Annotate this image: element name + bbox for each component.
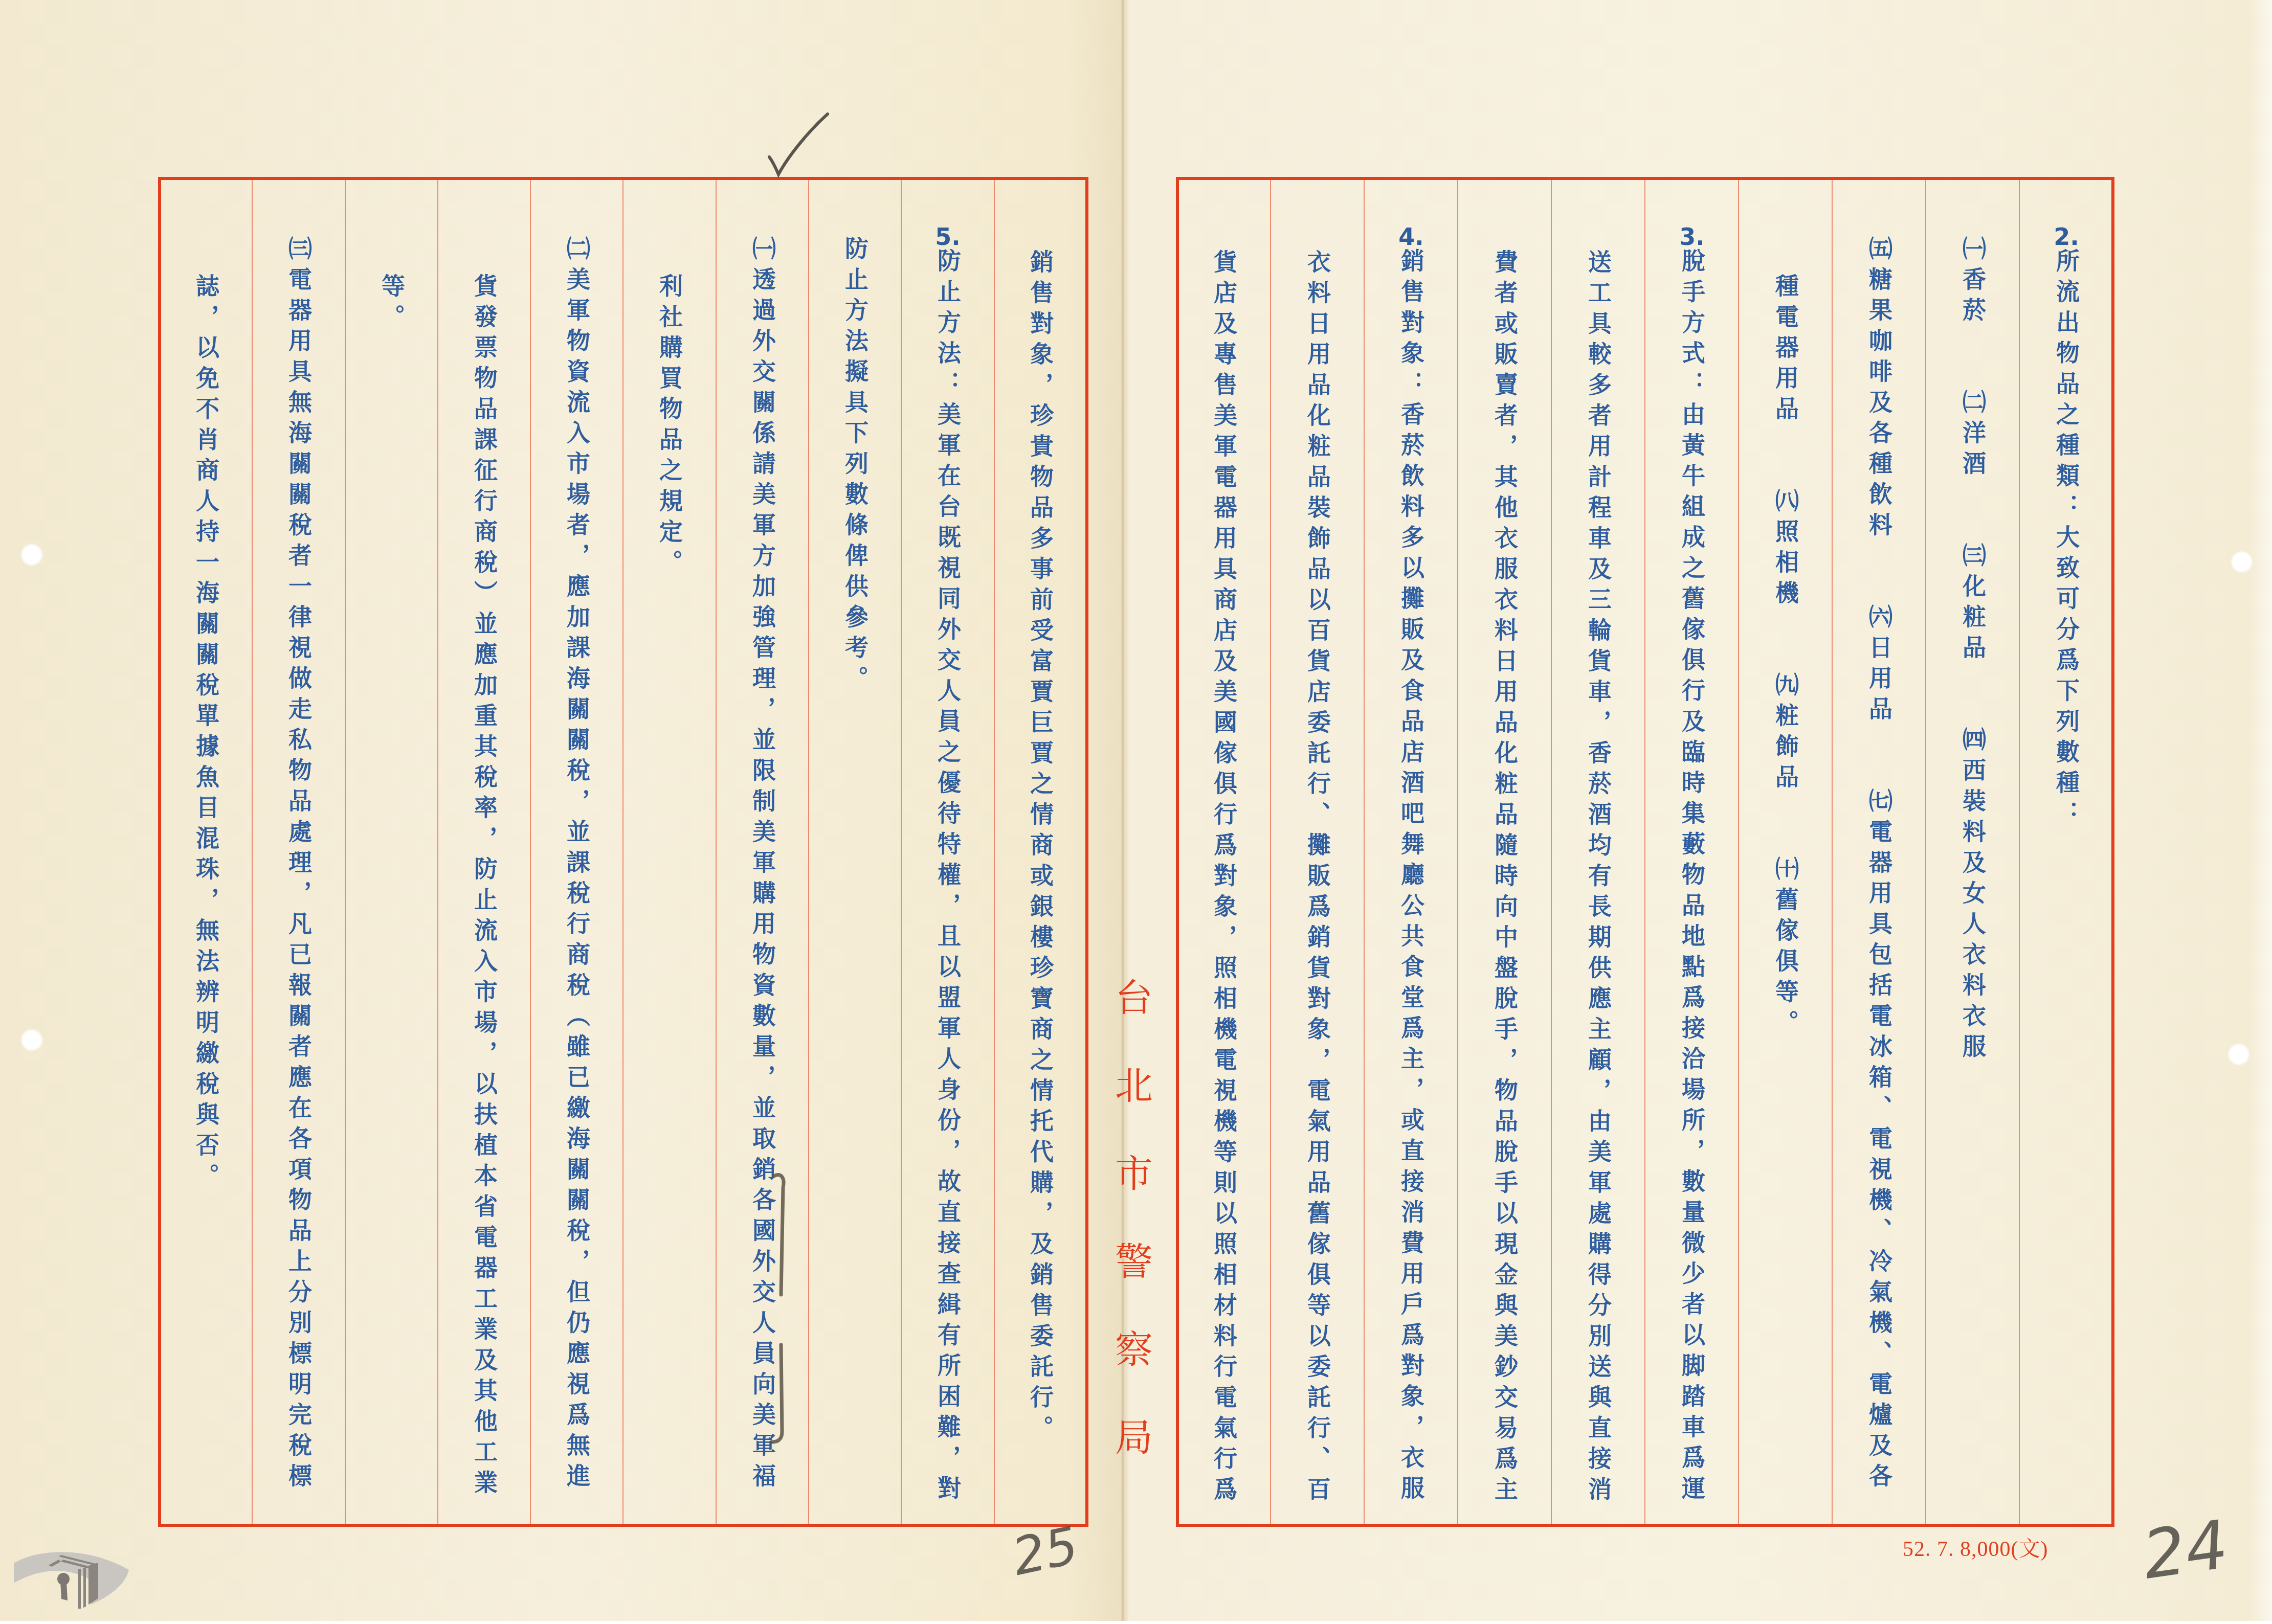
section-number: 4.: [1397, 225, 1425, 249]
column-text: 銷售對象：香菸飲料多以攤販及食品店酒吧舞廳公共食堂爲主，或直接消費用戶爲對象，衣…: [1397, 249, 1425, 1506]
scan-edge: [0, 1621, 2272, 1624]
column-divider: [1925, 180, 1926, 1524]
column-text: 銷售對象，珍貴物品多事前受富賈巨賈之情商或銀樓珍寶商之情托代購，及銷售委託行。: [1027, 250, 1054, 1446]
column-text: 誌，以免不肖商人持一海關關稅單據魚目混珠，無法辨明繳稅與否。: [192, 274, 220, 1194]
column-text: 費者或販賣者，其他衣服衣料日用品化粧品隨時向中盤脫手，物品脫手以現金與美鈔交易爲…: [1491, 250, 1519, 1507]
column-text: ㈤糖果咖啡及各種飲料 ㈥日用品 ㈦電器用具包括電冰箱、電視機、冷氣機、電爐及各: [1865, 236, 1893, 1494]
text-column: 利社購買物品之規定。: [658, 274, 681, 580]
column-divider: [901, 180, 902, 1524]
column-text: 等。: [378, 274, 406, 335]
column-divider: [530, 180, 531, 1524]
column-divider: [1457, 180, 1458, 1524]
column-text: 貨店及專售美軍電器用具商店及美國傢俱行爲對象，照相機電視機等則以照相材料行電氣行…: [1210, 250, 1238, 1507]
text-column: 費者或販賣者，其他衣服衣料日用品化粧品隨時向中盤脫手，物品脫手以現金與美鈔交易爲…: [1493, 250, 1517, 1507]
column-text: 防止方法擬具下列數條俾供參考。: [841, 236, 869, 696]
text-column-section-2: 2.所流出物品之種類：大致可分爲下列數種：: [2055, 225, 2078, 831]
column-divider: [1832, 180, 1833, 1524]
handwritten-page-number-left: 25: [1007, 1515, 1083, 1587]
text-column: 貨發票物品課征行商稅）並應加重其稅率，防止流入市場，以扶植本省電器工業及其他工業: [473, 274, 496, 1501]
column-divider: [2019, 180, 2020, 1524]
column-divider: [716, 180, 717, 1524]
column-text: 利社購買物品之規定。: [656, 274, 683, 580]
column-text: ㈢電器用具無海關關稅者一律視做走私物品處理，凡已報關者應在各項物品上分別標明完稅…: [285, 236, 313, 1494]
form-print-code: 52. 7. 8,000(文): [1903, 1532, 2048, 1563]
column-text: 送工具較多者用計程車及三輪貨車，香菸酒均有長期供應主顧，由美軍處購得分別送與直接…: [1585, 250, 1612, 1507]
column-text: ㈠香菸 ㈡洋酒 ㈢化粧品 ㈣西裝料及女人衣料衣服: [1959, 236, 1987, 1065]
text-column: 衣料日用品化粧品裝飾品以百貨店委託行、攤販爲銷貨對象，電氣用品舊傢俱等以委託行、…: [1306, 250, 1329, 1507]
pencil-checkmark-icon: [762, 110, 834, 182]
column-divider: [1364, 180, 1365, 1524]
column-text: 衣料日用品化粧品裝飾品以百貨店委託行、攤販爲銷貨對象，電氣用品舊傢俱等以委託行、…: [1304, 250, 1331, 1507]
archive-logo-icon: [14, 1548, 129, 1610]
column-text: 種電器用品 ㈧照相機 ㈨粧飾品 ㈩舊傢俱等。: [1772, 274, 1799, 1041]
text-column: 防止方法擬具下列數條俾供參考。: [843, 236, 867, 696]
column-divider: [1644, 180, 1645, 1524]
text-column: ㈤糖果咖啡及各種飲料 ㈥日用品 ㈦電器用具包括電冰箱、電視機、冷氣機、電爐及各: [1867, 236, 1891, 1494]
column-text: 貨發票物品課征行商稅）並應加重其稅率，防止流入市場，以扶植本省電器工業及其他工業: [471, 274, 498, 1501]
text-column-section-3: 3.脫手方式：由黃牛組成之舊傢俱行及臨時集藪物品地點爲接洽場所，數量微少者以脚踏…: [1680, 225, 1704, 1506]
text-column-section-5: 5.防止方法：美軍在台既視同外交人員之優待特權，且以盟軍人身份，故直接查緝有所困…: [936, 225, 960, 1506]
column-divider: [252, 180, 253, 1524]
column-text: 所流出物品之種類：大致可分爲下列數種：: [2053, 249, 2080, 831]
column-text: 脫手方式：由黃牛組成之舊傢俱行及臨時集藪物品地點爲接洽場所，數量微少者以脚踏車爲…: [1678, 249, 1706, 1506]
section-number: 3.: [1678, 225, 1706, 249]
column-divider: [1551, 180, 1552, 1524]
column-text: 防止方法：美軍在台既視同外交人員之優待特權，且以盟軍人身份，故直接查緝有所困難，…: [934, 249, 962, 1506]
text-column: 誌，以免不肖商人持一海關關稅單據魚目混珠，無法辨明繳稅與否。: [194, 274, 218, 1194]
text-column: 貨店及專售美軍電器用具商店及美國傢俱行爲對象，照相機電視機等則以照相材料行電氣行…: [1212, 250, 1236, 1507]
punch-hole: [2228, 1043, 2250, 1066]
column-divider: [437, 180, 438, 1524]
punch-hole: [20, 1029, 43, 1051]
text-column: 等。: [380, 274, 404, 335]
column-text: ㈡美軍物資流入市場者，應加課海關關稅，並課稅行商稅（雖已繳海關關稅，但仍應視爲無…: [563, 236, 591, 1494]
letterhead-taipei-police: 台北市警察局: [1112, 978, 1150, 1505]
text-column-section-4: 4.銷售對象：香菸飲料多以攤販及食品店酒吧舞廳公共食堂爲主，或直接消費用戶爲對象…: [1399, 225, 1423, 1506]
column-divider: [808, 180, 809, 1524]
column-divider: [994, 180, 995, 1524]
text-column: ㈠香菸 ㈡洋酒 ㈢化粧品 ㈣西裝料及女人衣料衣服: [1961, 236, 1985, 1065]
pencil-bracket-mark-icon: [765, 1166, 800, 1452]
text-column: ㈡美軍物資流入市場者，應加課海關關稅，並課稅行商稅（雖已繳海關關稅，但仍應視爲無…: [565, 236, 589, 1494]
column-divider: [1738, 180, 1739, 1524]
text-column: 銷售對象，珍貴物品多事前受富賈巨賈之情商或銀樓珍寶商之情托代購，及銷售委託行。: [1029, 250, 1052, 1446]
scanned-document-spread: 2.所流出物品之種類：大致可分爲下列數種： ㈠香菸 ㈡洋酒 ㈢化粧品 ㈣西裝料及…: [0, 0, 2272, 1621]
text-column: 送工具較多者用計程車及三輪貨車，香菸酒均有長期供應主顧，由美軍處購得分別送與直接…: [1587, 250, 1610, 1507]
section-number: 2.: [2053, 225, 2080, 249]
text-column: 種電器用品 ㈧照相機 ㈨粧飾品 ㈩舊傢俱等。: [1774, 274, 1797, 1041]
punch-hole: [20, 544, 43, 566]
column-divider: [622, 180, 623, 1524]
text-column: ㈢電器用具無海關關稅者一律視做走私物品處理，凡已報關者應在各項物品上分別標明完稅…: [287, 236, 310, 1494]
column-divider: [1270, 180, 1271, 1524]
punch-hole: [2231, 551, 2253, 573]
handwritten-page-number-right: 24: [2138, 1505, 2233, 1594]
section-number: 5.: [934, 225, 962, 249]
column-divider: [345, 180, 346, 1524]
